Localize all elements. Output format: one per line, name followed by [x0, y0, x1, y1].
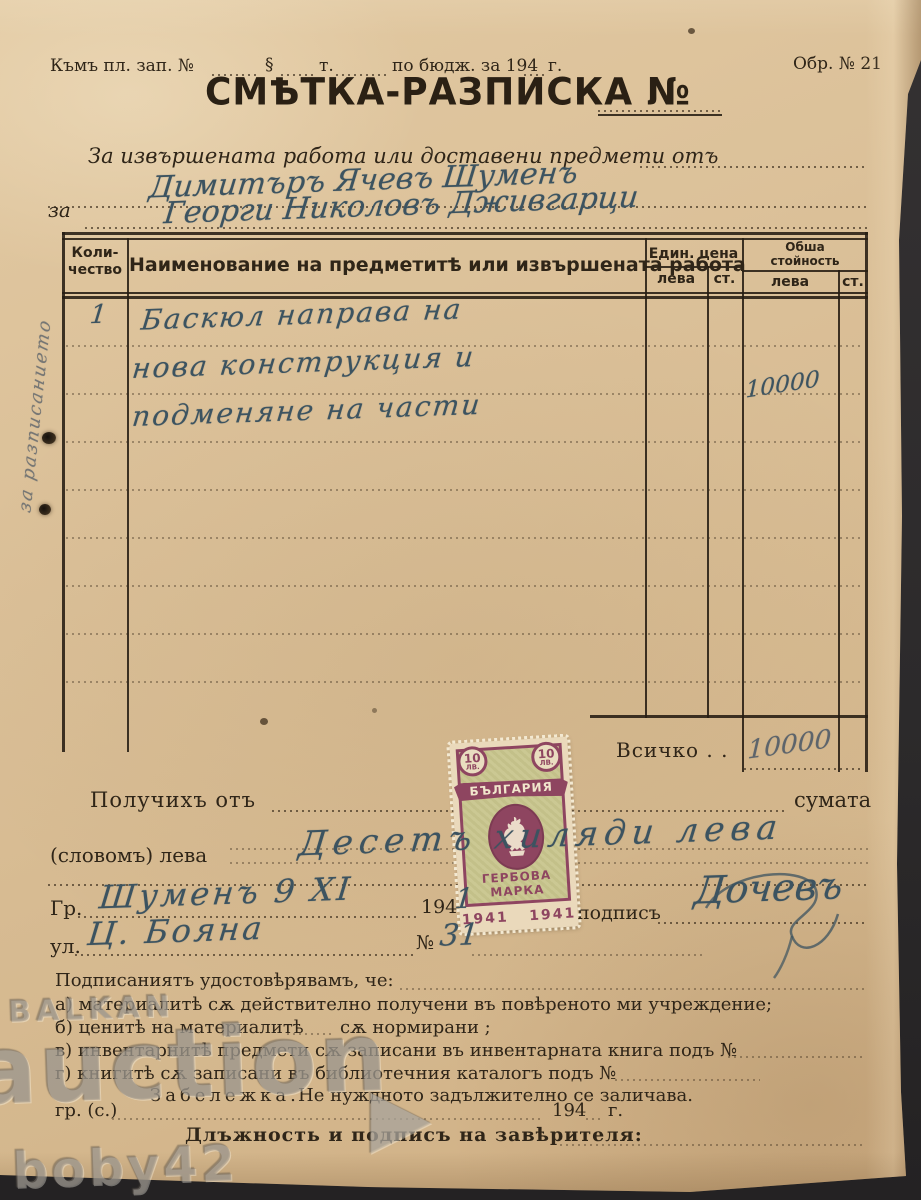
table-border-bottom [590, 715, 868, 718]
certify-item-g: г) книгитѣ сѫ записани въ библиотечния к… [55, 1063, 616, 1084]
table-row-line [66, 489, 864, 491]
ref-line-prefix: Къмъ пл. зап. № [50, 56, 194, 76]
paper-speck [688, 28, 695, 34]
stamp-year-right: 1941 [529, 905, 577, 924]
punch-hole [42, 432, 56, 444]
col-total-leva: лева [742, 274, 838, 290]
paper-speck [260, 718, 268, 725]
table-row-line [66, 441, 864, 443]
dotted-line [586, 1118, 604, 1120]
street-handwriting: Ц. Бояна [86, 909, 267, 953]
col-total-label1: Обша [742, 240, 868, 254]
table-col-qty-line [127, 238, 129, 752]
certify-item-b2: сѫ нормирани ; [340, 1017, 491, 1038]
dotted-line [560, 1144, 865, 1146]
dotted-line [472, 954, 702, 956]
table-header-rule2 [62, 296, 868, 299]
for-label: за [48, 198, 71, 222]
dotted-line [598, 110, 722, 112]
street-no-handwriting: 31 [438, 917, 480, 953]
table-row-line [66, 537, 864, 539]
table-col-desc-line [645, 238, 647, 718]
dotted-line [85, 227, 868, 229]
signature-flourish [688, 862, 848, 982]
table-header-rule [62, 292, 868, 294]
certify-item-b: б) ценитѣ на материалитѣ [55, 1017, 304, 1038]
col-desc-label: Наименование на предметитѣ или извършена… [129, 254, 645, 276]
col-qty-label2: чество [62, 262, 128, 278]
duty-signature-label: Длъжность и подписъ на завѣрителя: [185, 1124, 643, 1146]
table-row-line [66, 585, 864, 587]
table-row-line [66, 681, 864, 683]
certify-item-v: в) инвентарнитѣ предмети сѫ записани въ … [55, 1040, 737, 1061]
table-border-left [62, 232, 65, 752]
sum-label: сумата [794, 788, 871, 812]
punch-hole [39, 504, 51, 515]
table-border-top [62, 232, 868, 235]
dotted-line [728, 1056, 865, 1058]
signature-label: подписъ [577, 902, 661, 924]
certify-title: Подписаниятъ удостовѣрявамъ, че: [55, 970, 394, 991]
year-handwriting: 1 [453, 882, 474, 916]
dotted-line [640, 166, 868, 168]
footer-year: 194 [552, 1100, 586, 1121]
dotted-line [400, 988, 865, 990]
dotted-line [615, 1079, 760, 1081]
title-underline [598, 114, 722, 116]
paper-speck [372, 708, 377, 713]
dotted-line [744, 768, 864, 770]
col-total-st: ст. [838, 274, 868, 290]
document-photo: Къмъ пл. зап. № § т. по бюдж. за 194 г. … [0, 0, 921, 1200]
street-no-label: № [416, 932, 434, 954]
dotted-line [287, 1033, 335, 1035]
col-total-label2: стойность [742, 254, 868, 268]
page-title: СМѢТКА-РАЗПИСКА № [205, 71, 691, 114]
dotted-line [75, 954, 413, 956]
total-sub-rule [742, 270, 868, 272]
col-unit-st: ст. [707, 271, 742, 287]
table-col-unit-line [742, 238, 744, 772]
col-unit-leva: лева [645, 271, 707, 287]
col-qty-label1: Коли- [62, 245, 128, 261]
note-text: Не нуждното задължително се заличава. [298, 1085, 693, 1106]
table-col-unit-sub-line [707, 266, 709, 718]
words-label: (словомъ) лева [50, 843, 207, 867]
note-word: Забележка. [150, 1085, 300, 1106]
form-number: Обр. № 21 [793, 54, 882, 74]
total-label: Всичко . . [616, 738, 728, 762]
col-unit-label: Един. цена [645, 246, 742, 262]
received-label: Получихъ отъ [90, 788, 256, 812]
table-row-line [66, 633, 864, 635]
footer-g: г. [608, 1100, 623, 1121]
certify-item-a: а) материалитѣ сѫ действително получени … [55, 994, 772, 1015]
year-printed: 194 [421, 896, 457, 918]
row-qty-handwriting: 1 [88, 300, 108, 331]
table-border-right [865, 232, 868, 772]
dotted-line [112, 1118, 542, 1120]
footer-place-label: гр. (с.) [55, 1100, 117, 1121]
